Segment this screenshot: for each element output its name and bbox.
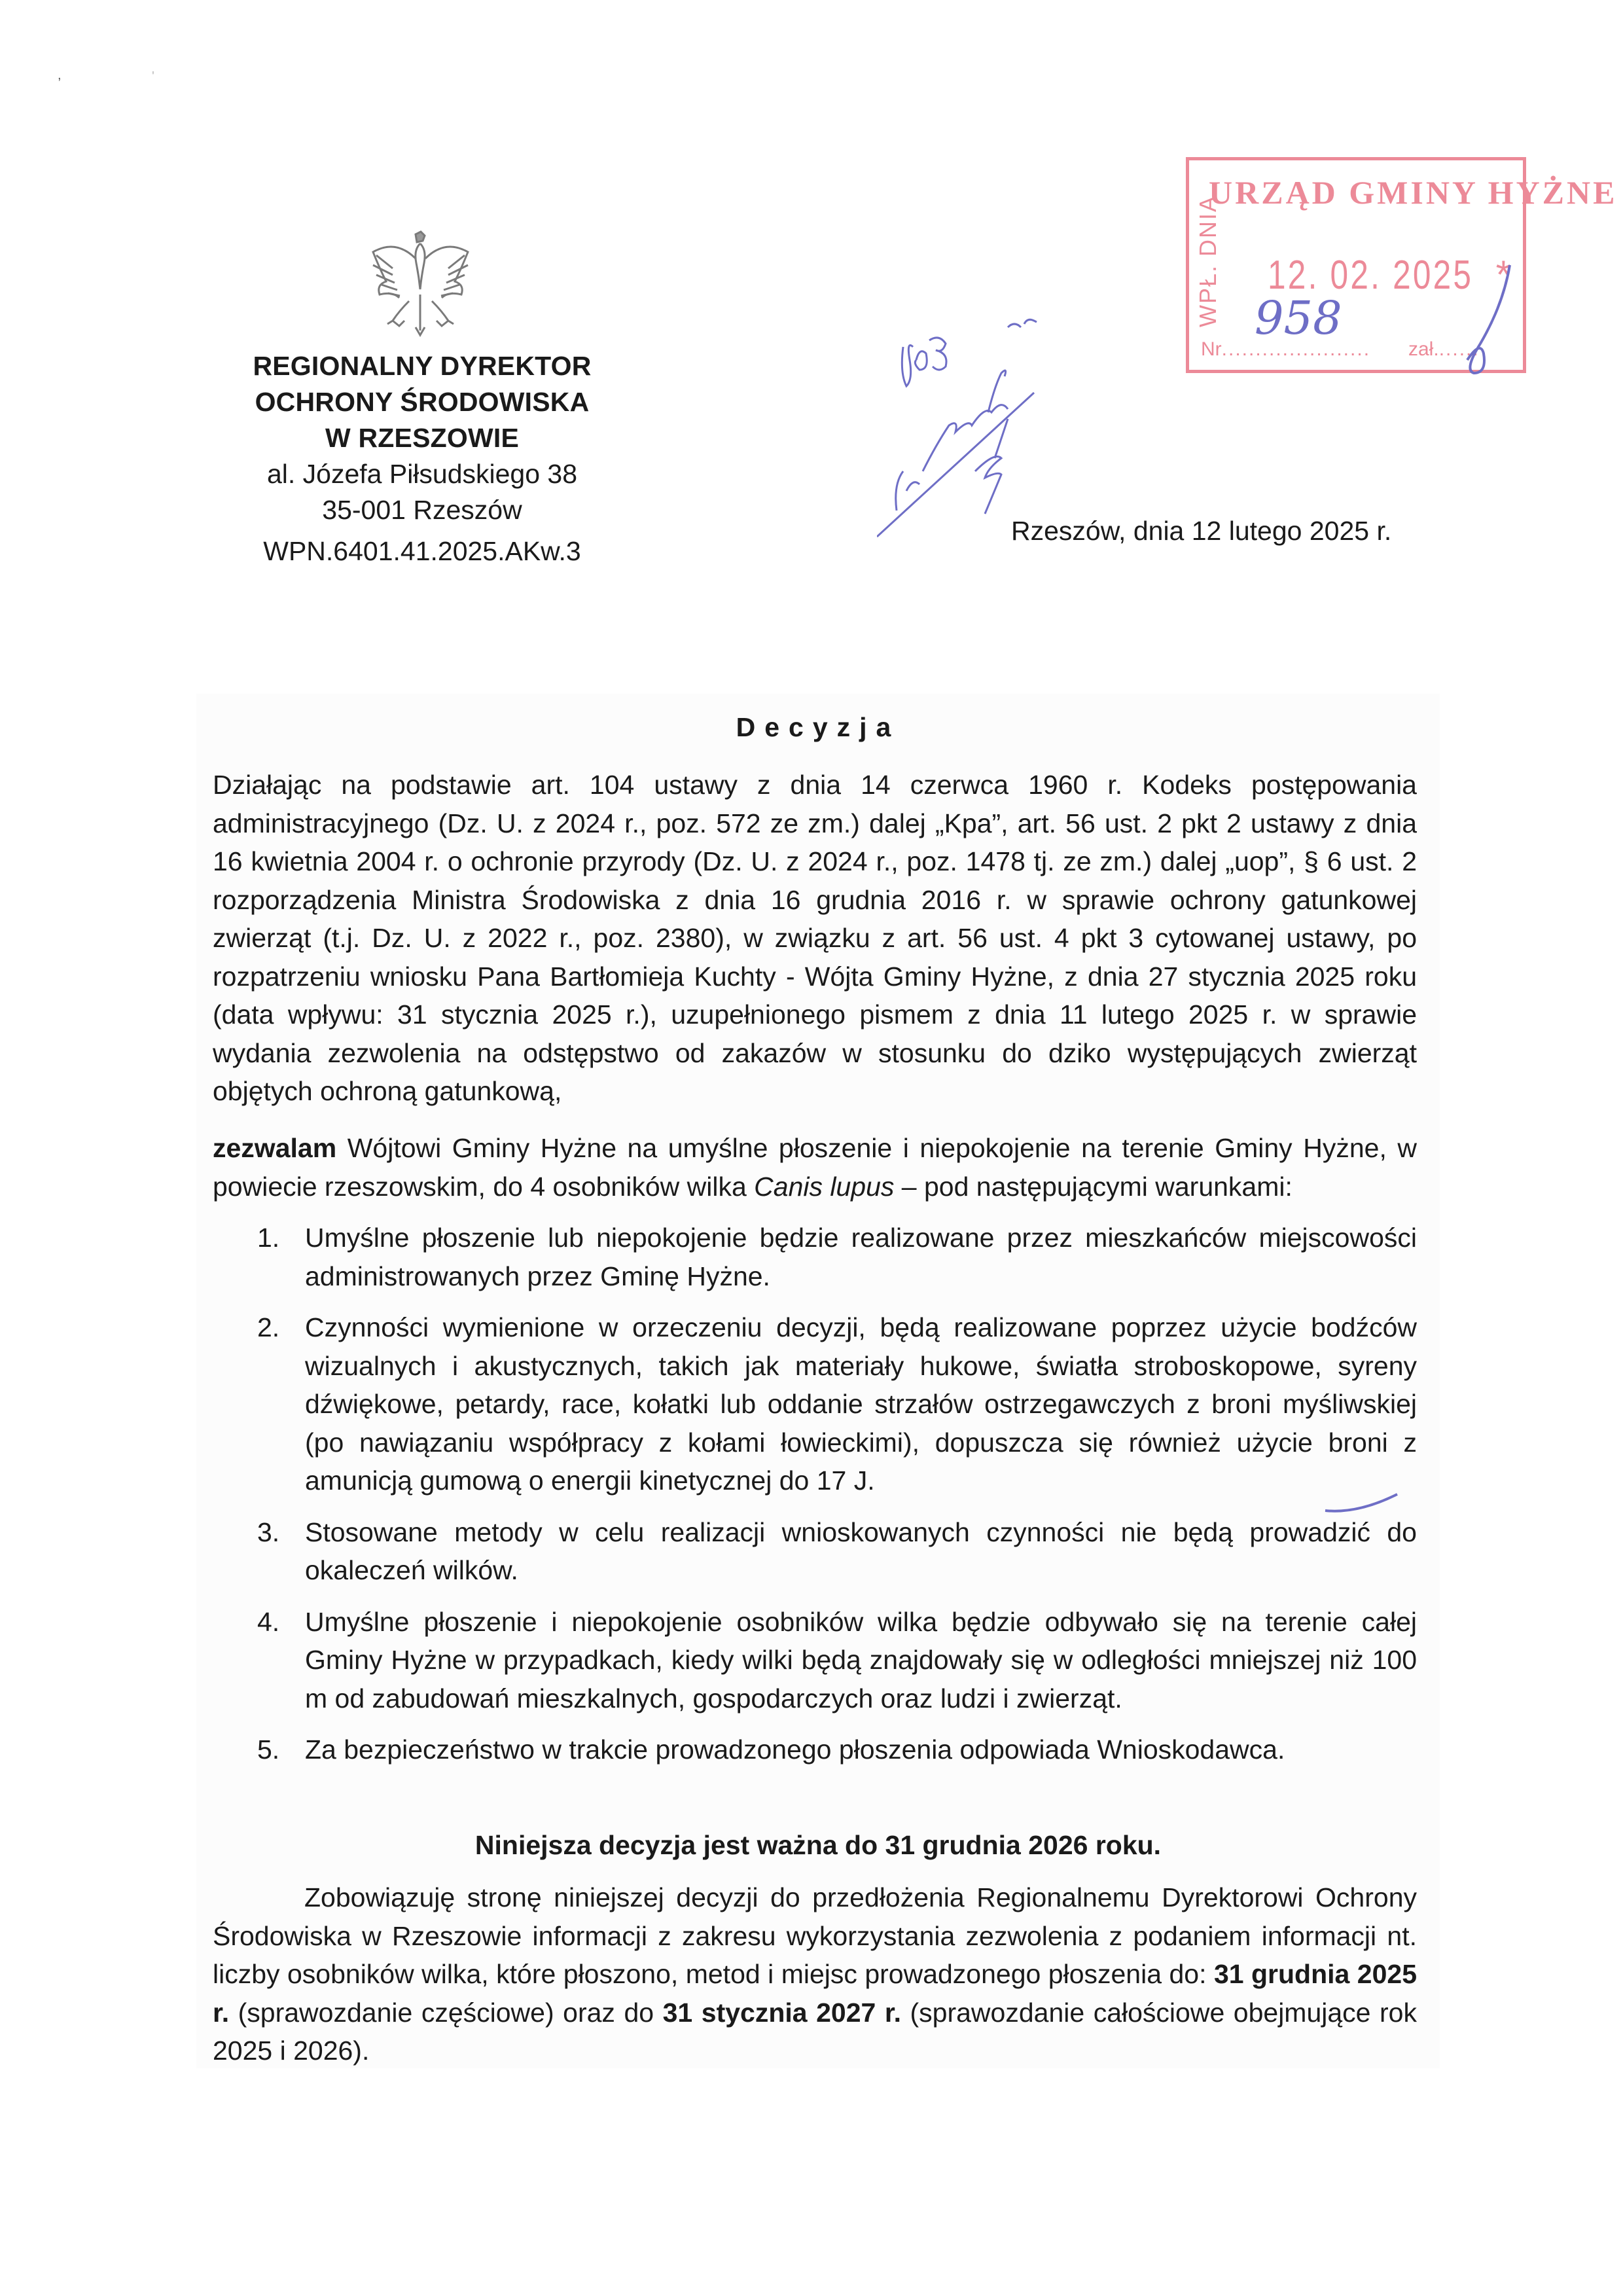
validity-statement: Niniejsza decyzja jest ważna do 31 grudn…: [196, 1830, 1440, 1861]
species-name: Canis lupus: [754, 1172, 894, 1202]
final-report-deadline: 31 stycznia 2027 r.: [663, 1998, 901, 2028]
condition-text: Umyślne płoszenie i niepokojenie osobnik…: [305, 1607, 1417, 1713]
conditions-list: 1. Umyślne płoszenie lub niepokojenie bę…: [213, 1219, 1417, 1782]
case-reference: WPN.6401.41.2025.AKw.3: [216, 533, 628, 569]
authority-name-line: OCHRONY ŚRODOWISKA: [216, 384, 628, 420]
handwritten-underline-icon: [1322, 1491, 1400, 1517]
stamp-handwritten-number: 958: [1255, 291, 1342, 345]
condition-number: 3.: [257, 1513, 279, 1552]
stamp-zal-label: zał.: [1408, 338, 1439, 360]
condition-text: Stosowane metody w celu realizacji wnios…: [305, 1517, 1417, 1586]
condition-number: 2.: [257, 1308, 279, 1347]
obligation-text: (sprawozdanie częściowe) oraz do: [229, 1998, 663, 2028]
handwritten-annotation-icon: [877, 275, 1204, 550]
condition-text: Za bezpieczeństwo w trakcie prowadzonego…: [305, 1734, 1285, 1765]
condition-number: 1.: [257, 1219, 279, 1257]
handwritten-signature-icon: [1444, 259, 1523, 376]
address-street: al. Józefa Piłsudskiego 38: [216, 456, 628, 492]
condition-item: 4. Umyślne płoszenie i niepokojenie osob…: [213, 1603, 1417, 1718]
legal-basis-paragraph: Działając na podstawie art. 104 ustawy z…: [213, 766, 1417, 1111]
address-postal: 35-001 Rzeszów: [216, 492, 628, 528]
scan-speck: ,: [58, 68, 62, 83]
place-and-date: Rzeszów, dnia 12 lutego 2025 r.: [1011, 516, 1391, 547]
polish-eagle-emblem-icon: [363, 229, 478, 340]
scan-speck: ': [152, 69, 154, 84]
condition-text: Czynności wymienione w orzeczeniu decyzj…: [305, 1312, 1417, 1496]
condition-number: 4.: [257, 1603, 279, 1641]
document-title: Decyzja: [196, 712, 1440, 743]
condition-text: Umyślne płoszenie lub niepokojenie będzi…: [305, 1223, 1417, 1291]
permit-text-end: – pod następującymi warunkami:: [894, 1172, 1292, 1202]
authority-name-line: REGIONALNY DYREKTOR: [216, 348, 628, 384]
permit-keyword: zezwalam: [213, 1133, 336, 1163]
reporting-obligation-paragraph: Zobowiązuję stronę niniejszej decyzji do…: [213, 1878, 1417, 2070]
permit-paragraph: zezwalam Wójtowi Gminy Hyżne na umyślne …: [213, 1129, 1417, 1206]
condition-item: 5. Za bezpieczeństwo w trakcie prowadzon…: [213, 1731, 1417, 1769]
condition-item: 1. Umyślne płoszenie lub niepokojenie bę…: [213, 1219, 1417, 1295]
stamp-office-name: URZĄD GMINY HYŻNE: [1209, 173, 1618, 211]
condition-item: 3. Stosowane metody w celu realizacji wn…: [213, 1513, 1417, 1590]
condition-number: 5.: [257, 1731, 279, 1769]
condition-item: 2. Czynności wymienione w orzeczeniu dec…: [213, 1308, 1417, 1500]
receipt-stamp: URZĄD GMINY HYŻNE WPŁ. DNIA 12. 02. 2025…: [1186, 157, 1526, 373]
letterhead: REGIONALNY DYREKTOR OCHRONY ŚRODOWISKA W…: [216, 348, 628, 569]
authority-name-line: W RZESZOWIE: [216, 420, 628, 456]
